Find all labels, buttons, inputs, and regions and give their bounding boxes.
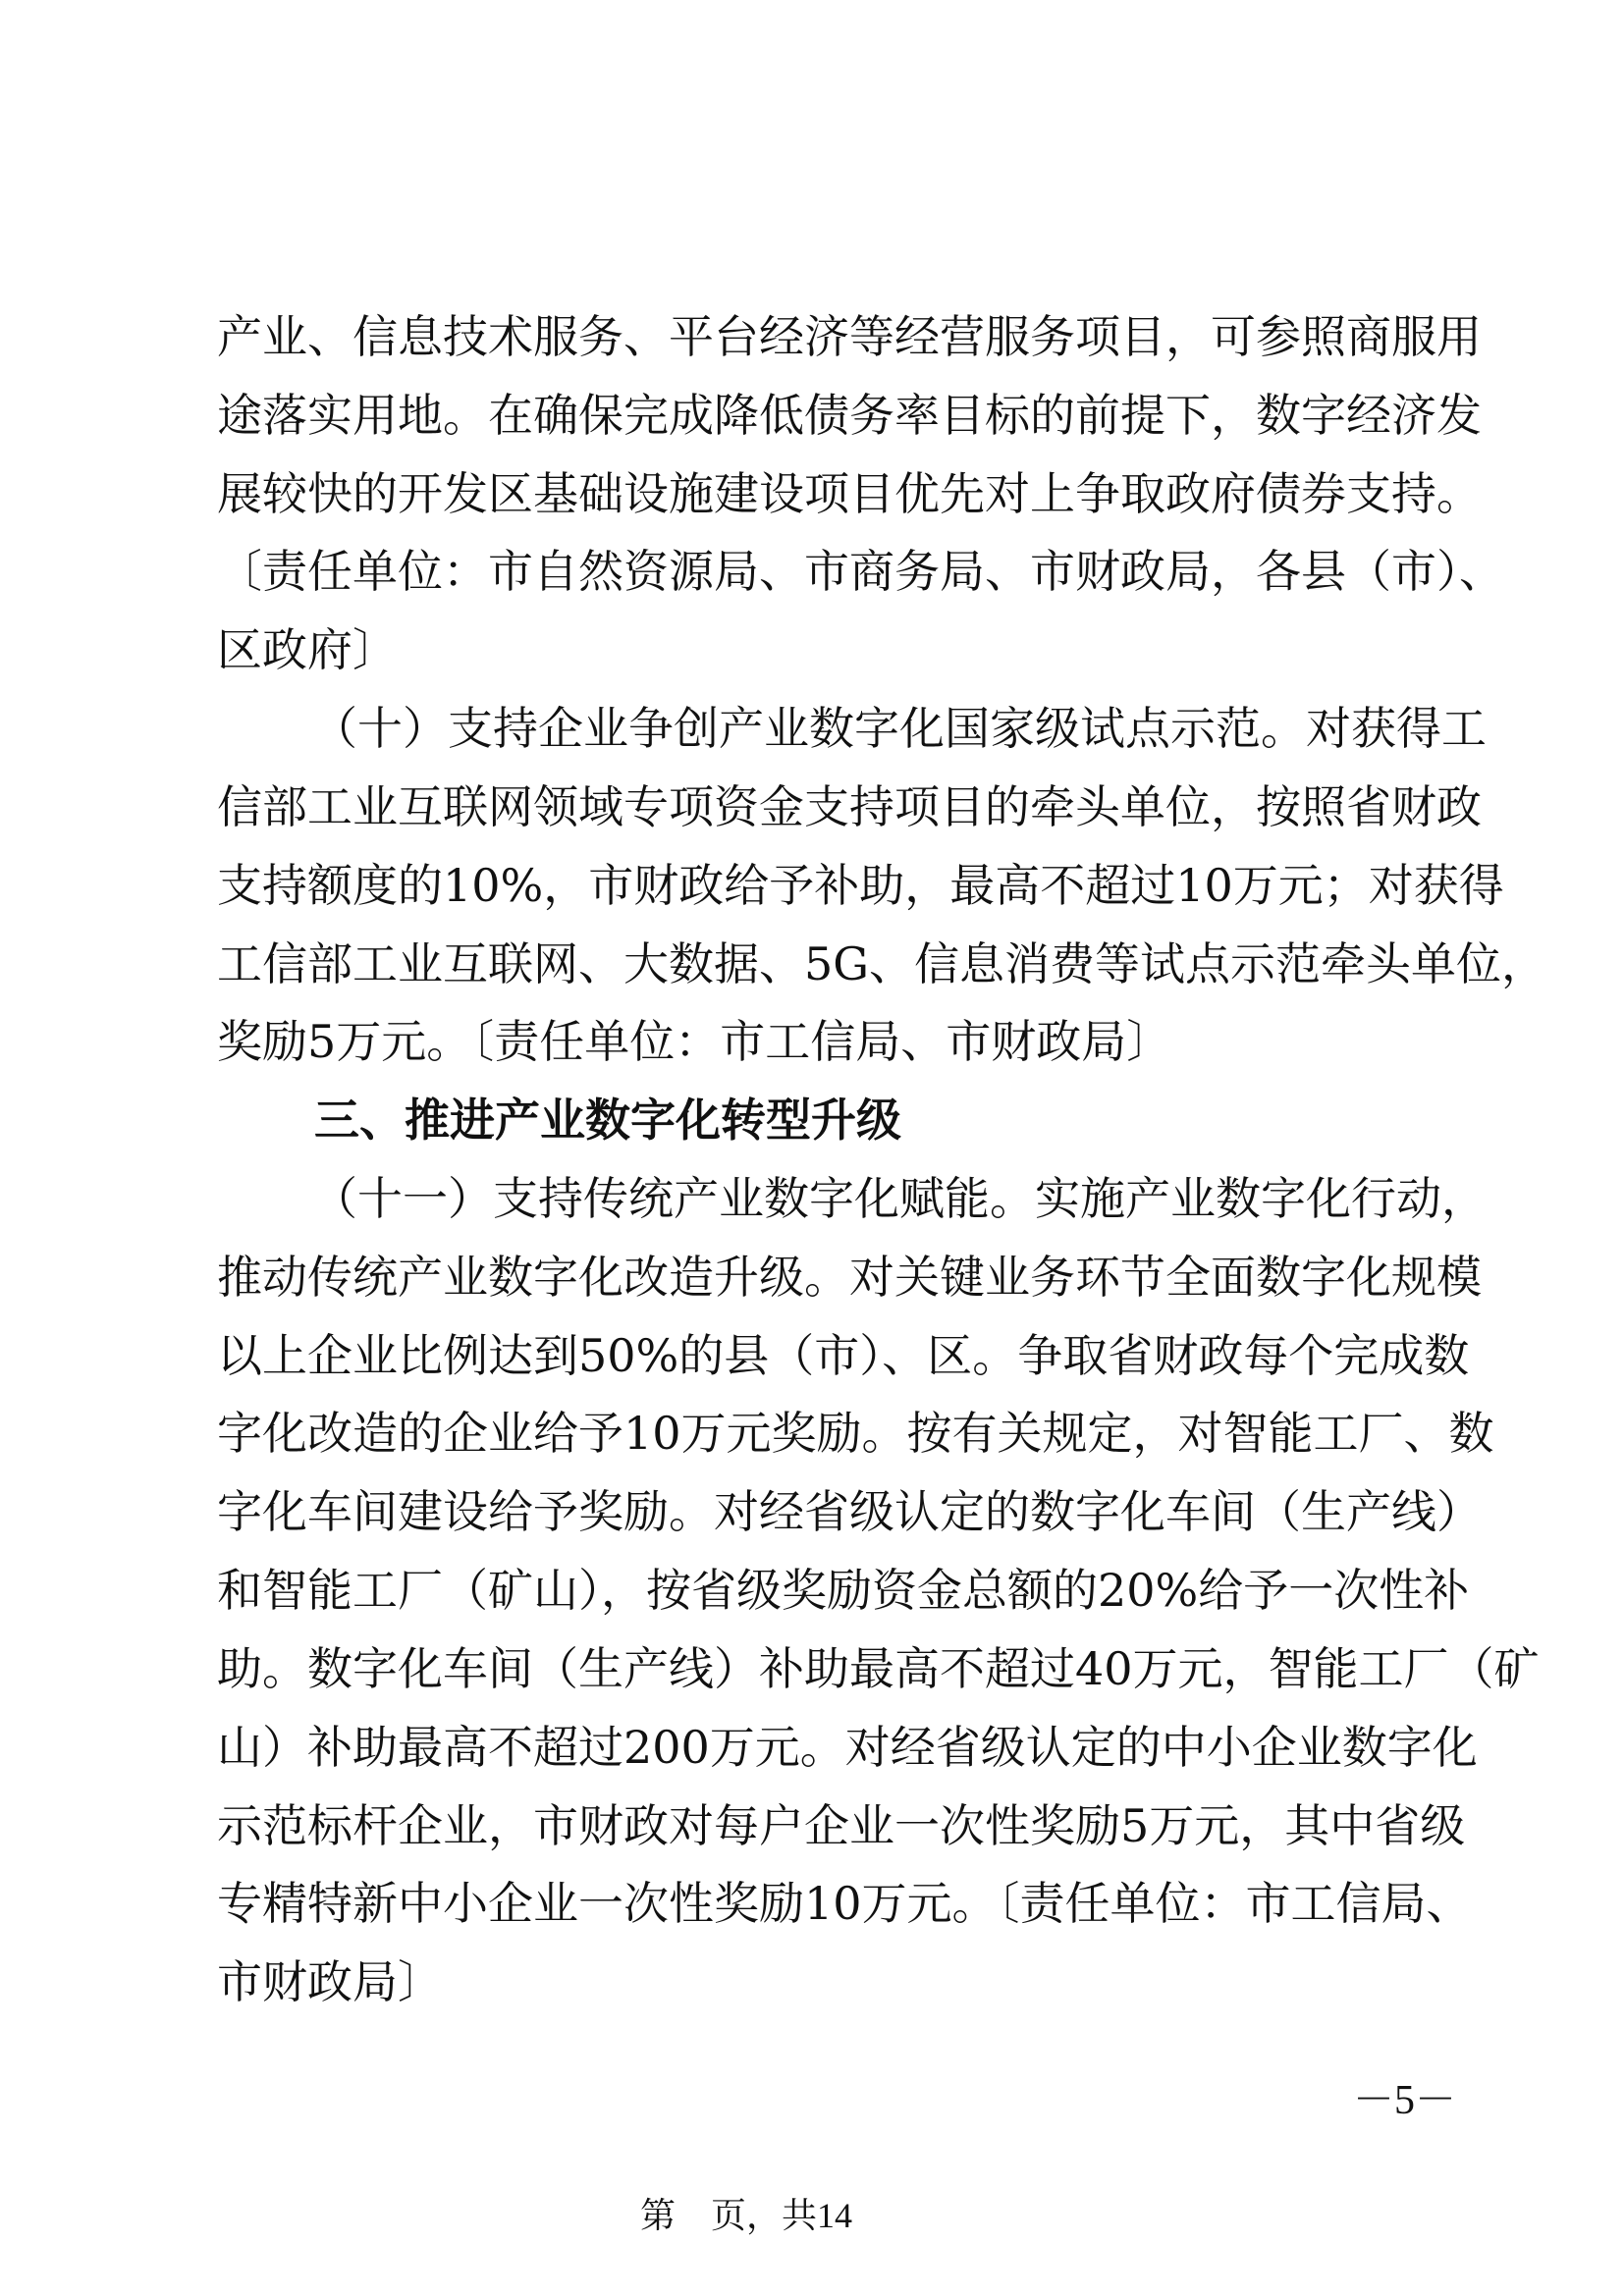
text-line: 和智能工厂（矿山），按省级奖励资金总额的20%给予一次性补 <box>217 1561 1432 1620</box>
text-line: 支持额度的10%，市财政给予补助，最高不超过10万元；对获得 <box>217 856 1432 915</box>
text-line: 奖励5万元。〔责任单位：市工信局、市财政局〕 <box>217 1012 1432 1071</box>
text-line: （十）支持企业争创产业数字化国家级试点示范。对获得工 <box>312 699 1432 758</box>
page-number: －5－ <box>1353 2071 1456 2130</box>
text-line: 〔责任单位：市自然资源局、市商务局、市财政局，各县（市）、 <box>217 542 1432 601</box>
section-heading: 三、推进产业数字化转型升级 <box>314 1091 1100 1149</box>
text-line: 信部工业互联网领域专项资金支持项目的牵头单位，按照省财政 <box>217 777 1432 836</box>
text-line: 示范标杆企业，市财政对每户企业一次性奖励5万元，其中省级 <box>217 1796 1432 1855</box>
page-footer: 第 页，共14 <box>640 2191 852 2240</box>
text-line: 工信部工业互联网、大数据、5G、信息消费等试点示范牵头单位， <box>217 934 1432 993</box>
text-line: 字化车间建设给予奖励。对经省级认定的数字化车间（生产线） <box>217 1482 1432 1541</box>
text-line: 专精特新中小企业一次性奖励10万元。〔责任单位：市工信局、 <box>217 1874 1432 1933</box>
text-line: 途落实用地。在确保完成降低债务率目标的前提下，数字经济发 <box>217 386 1432 445</box>
text-line: 区政府〕 <box>217 620 1432 679</box>
text-line: 助。数字化车间（生产线）补助最高不超过40万元，智能工厂（矿 <box>217 1639 1432 1698</box>
text-line: 山）补助最高不超过200万元。对经省级认定的中小企业数字化 <box>217 1718 1432 1777</box>
text-line: （十一）支持传统产业数字化赋能。实施产业数字化行动， <box>312 1169 1432 1228</box>
text-line: 市财政局〕 <box>217 1952 1432 2011</box>
text-line: 产业、信息技术服务、平台经济等经营服务项目，可参照商服用 <box>217 307 1432 366</box>
text-line: 以上企业比例达到50%的县（市）、区。争取省财政每个完成数 <box>217 1326 1432 1385</box>
document-page: 产业、信息技术服务、平台经济等经营服务项目，可参照商服用途落实用地。在确保完成降… <box>0 0 1624 2296</box>
text-line: 推动传统产业数字化改造升级。对关键业务环节全面数字化规模 <box>217 1248 1432 1307</box>
text-line: 字化改造的企业给予10万元奖励。按有关规定，对智能工厂、数 <box>217 1404 1432 1463</box>
text-line: 展较快的开发区基础设施建设项目优先对上争取政府债券支持。 <box>217 464 1432 523</box>
